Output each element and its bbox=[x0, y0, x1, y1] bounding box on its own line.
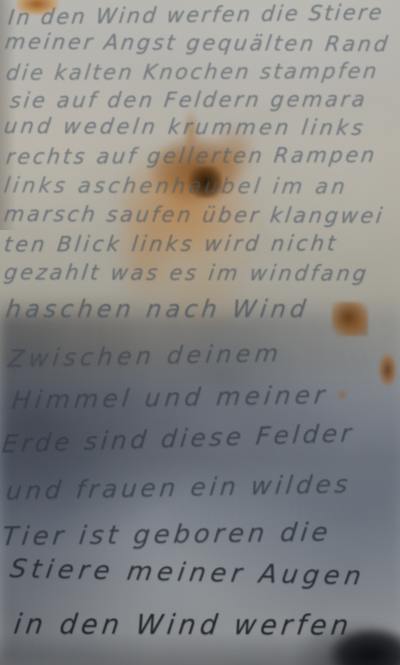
handwritten-line-14: Erde sind diese Felder bbox=[1, 418, 356, 458]
handwritten-line-9: ten Blick links wird nicht bbox=[3, 231, 340, 256]
handwritten-line-18: in den Wind werfen bbox=[12, 609, 354, 641]
handwritten-line-7: links aschenhaubel im an bbox=[2, 173, 349, 198]
handwritten-line-11: haschen nach Wind bbox=[4, 295, 311, 323]
handwritten-line-2: meiner Angst gequälten Rand bbox=[3, 30, 391, 57]
handwritten-line-6: rechts auf gellerten Rampen bbox=[5, 143, 379, 169]
handwritten-line-10: gezahlt was es im windfang bbox=[2, 260, 370, 285]
handwritten-line-3: die kalten Knochen stampfen bbox=[5, 59, 381, 85]
handwriting-layer: In den Wind werfen die Stieremeiner Angs… bbox=[0, 0, 400, 665]
handwritten-line-5: und wedeln krummen links bbox=[2, 114, 367, 140]
handwritten-line-1: In den Wind werfen die Stiere bbox=[7, 0, 385, 29]
handwritten-line-13: Himmel und meiner bbox=[10, 380, 329, 415]
handwritten-line-16: Tier ist geboren die bbox=[0, 518, 333, 553]
handwritten-line-15: und frauen ein wildes bbox=[5, 469, 353, 505]
handwritten-line-4: sie auf den Feldern gemara bbox=[9, 87, 369, 112]
handwritten-line-17: Stiere meiner Augen bbox=[8, 554, 368, 591]
stained-paper-page: In den Wind werfen die Stieremeiner Angs… bbox=[0, 0, 400, 665]
handwritten-line-12: Zwischen deinem bbox=[7, 339, 284, 373]
handwritten-line-8: marsch saufen über klangwei bbox=[2, 202, 385, 228]
